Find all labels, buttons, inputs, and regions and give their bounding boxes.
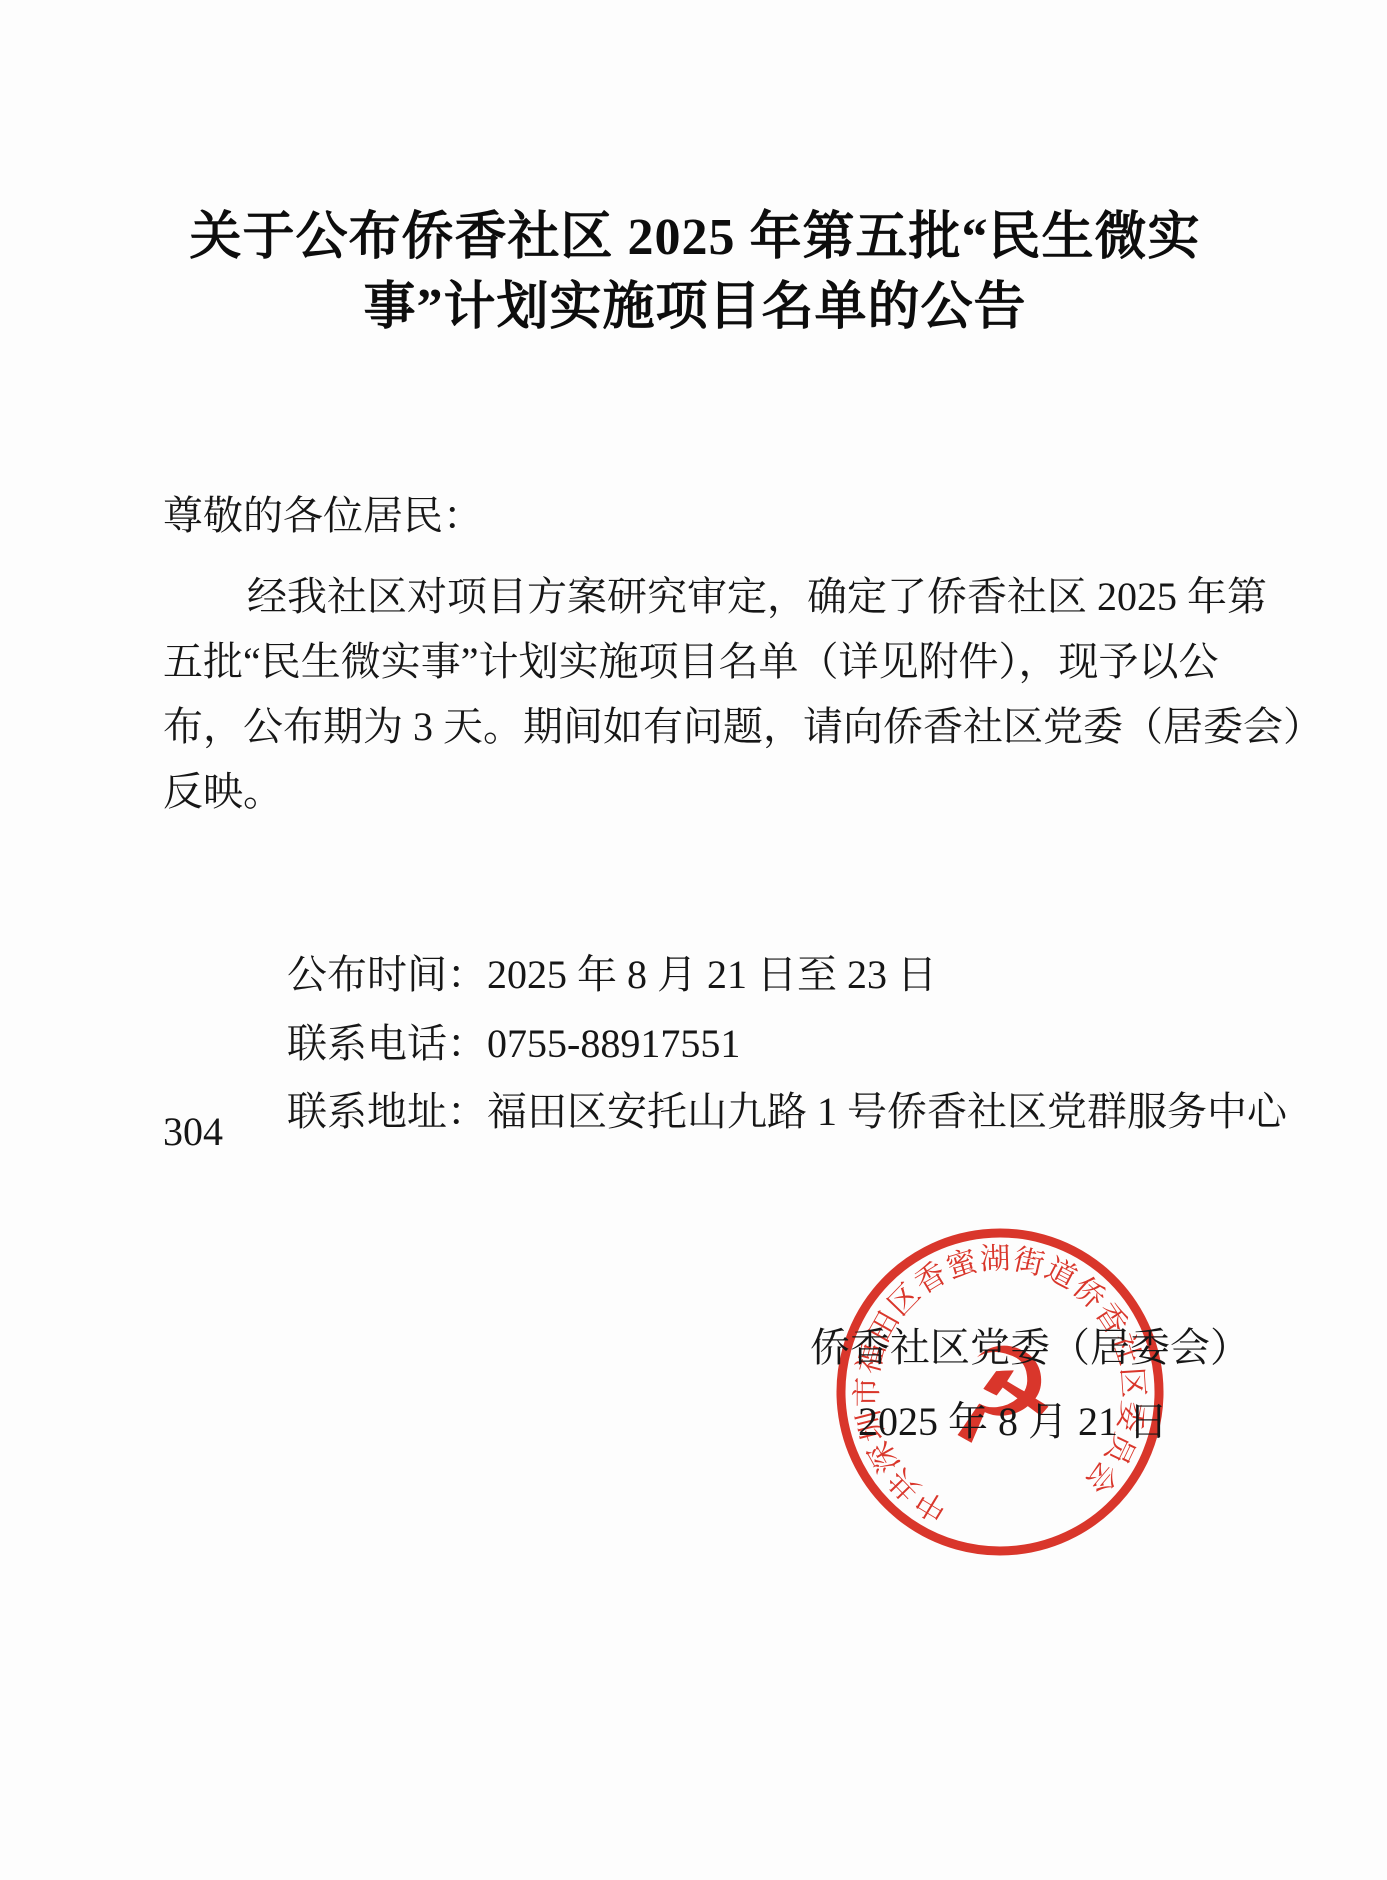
paragraph-line: 五批“民生微实事”计划实施项目名单（详见附件），现予以公 <box>163 638 1219 686</box>
signature-org: 侨香社区党委（居委会） <box>810 1324 1250 1372</box>
contact-address-label: 联系地址： <box>287 1089 487 1134</box>
paragraph-line: 布，公布期为 3 天。期间如有问题，请向侨香社区党委（居委会） <box>163 703 1323 751</box>
seal-graphic: 中共深圳市福田区香蜜湖街道侨香社区委员会 ☭ <box>811 1203 1189 1581</box>
contact-address-value: 福田区安托山九路 1 号侨香社区党群服务中心 <box>487 1089 1287 1134</box>
announcement-document: 关于公布侨香社区 2025 年第五批“民生微实 事”计划实施项目名单的公告 尊敬… <box>0 0 1387 1880</box>
signature-date: 2025 年 8 月 21 日 <box>858 1398 1168 1446</box>
page-title: 关于公布侨香社区 2025 年第五批“民生微实 事”计划实施项目名单的公告 <box>140 203 1250 343</box>
title-line-2: 事”计划实施项目名单的公告 <box>140 273 1250 343</box>
paragraph-line: 反映。 <box>163 768 283 816</box>
title-line-1: 关于公布侨香社区 2025 年第五批“民生微实 <box>140 203 1250 273</box>
official-seal: 中共深圳市福田区香蜜湖街道侨香社区委员会 ☭ <box>811 1203 1189 1581</box>
address-room-number: 304 <box>163 1108 223 1156</box>
paragraph-line: 经我社区对项目方案研究审定，确定了侨香社区 2025 年第 <box>247 573 1267 621</box>
contact-address-line: 联系地址：福田区安托山九路 1 号侨香社区党群服务中心 <box>247 1040 1287 1184</box>
greeting: 尊敬的各位居民： <box>163 492 483 540</box>
